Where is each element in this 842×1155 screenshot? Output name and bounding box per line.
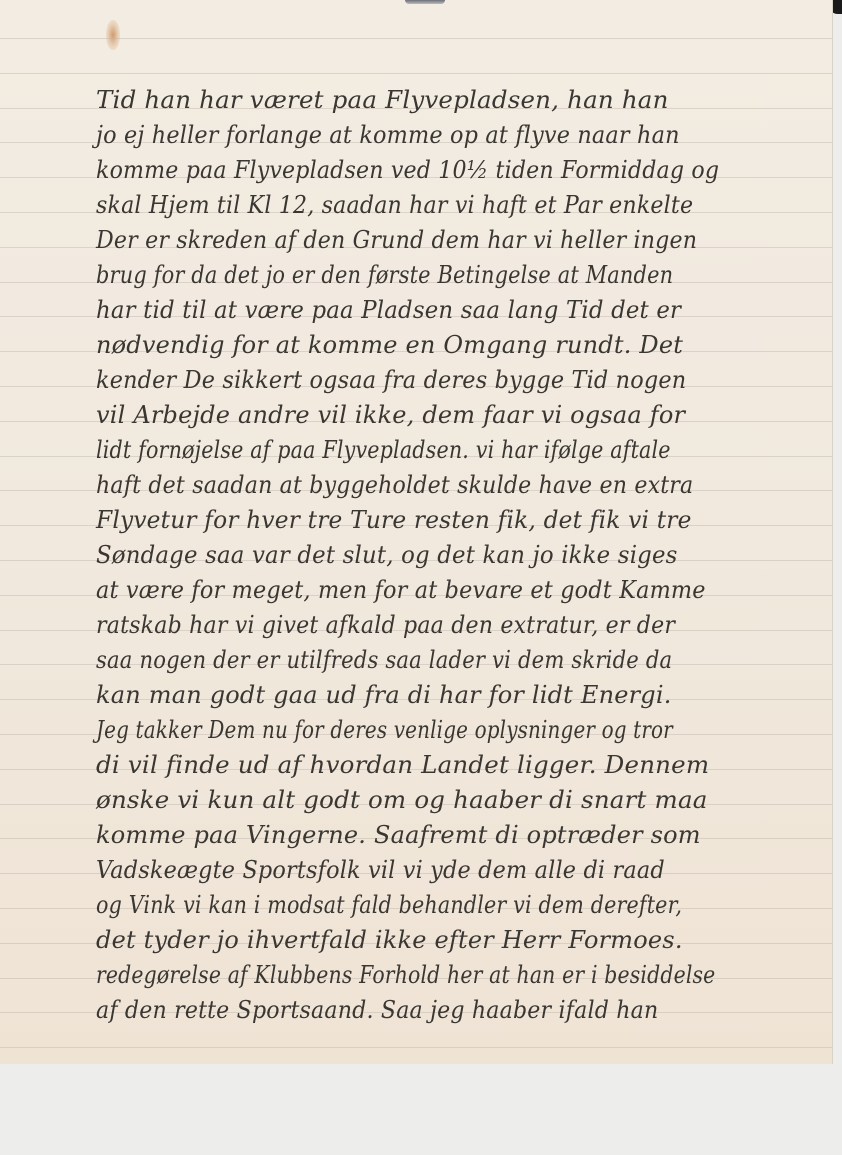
text-line: ratskab har vi givet afkald paa den extr… — [96, 613, 675, 637]
text-line: kan man godt gaa ud fra di har for lidt … — [96, 683, 672, 707]
text-line: lidt fornøjelse af paa Flyvepladsen. vi … — [96, 438, 671, 462]
text-line: haft det saadan at byggeholdet skulde ha… — [96, 473, 693, 497]
ruled-line — [0, 38, 832, 39]
text-line: komme paa Vingerne. Saafremt di optræder… — [96, 823, 701, 847]
text-line: af den rette Sportsaand. Saa jeg haaber … — [96, 998, 658, 1022]
text-line: saa nogen der er utilfreds saa lader vi … — [96, 648, 672, 672]
text-line: Der er skreden af den Grund dem har vi h… — [96, 228, 697, 252]
text-line: jo ej heller forlange at komme op at fly… — [96, 123, 680, 147]
text-line: skal Hjem til Kl 12, saadan har vi haft … — [96, 193, 693, 217]
text-line: det tyder jo ihvertfald ikke efter Herr … — [96, 928, 683, 952]
text-line: brug for da det jo er den første Betinge… — [96, 263, 673, 287]
text-line: komme paa Flyvepladsen ved 10½ tiden For… — [96, 158, 719, 182]
text-line: Søndage saa var det slut, og det kan jo … — [96, 543, 678, 567]
text-line: og Vink vi kan i modsat fald behandler v… — [96, 893, 682, 917]
rust-stain — [106, 20, 120, 50]
text-line: at være for meget, men for at bevare et … — [96, 578, 706, 602]
text-line: Flyvetur for hver tre Ture resten fik, d… — [96, 508, 692, 532]
ruled-line — [0, 1047, 832, 1048]
text-line: di vil finde ud af hvordan Landet ligger… — [96, 753, 709, 777]
text-line: Vadskeægte Sportsfolk vil vi yde dem all… — [96, 858, 665, 882]
text-line: kender De sikkert ogsaa fra deres bygge … — [96, 368, 686, 392]
text-line: ønske vi kun alt godt om og haaber di sn… — [96, 788, 708, 812]
letter-page: Tid han har været paa Flyvepladsen, han … — [0, 0, 832, 1064]
text-line: nødvendig for at komme en Omgang rundt. … — [96, 333, 683, 357]
text-line: vil Arbejde andre vil ikke, dem faar vi … — [96, 403, 685, 427]
ruled-line — [0, 73, 832, 74]
text-line: redegørelse af Klubbens Forhold her at h… — [96, 963, 715, 987]
text-line: har tid til at være paa Pladsen saa lang… — [96, 298, 681, 322]
text-line: Tid han har været paa Flyvepladsen, han … — [96, 88, 669, 112]
paper-clip-mark — [405, 0, 445, 4]
text-line: Jeg takker Dem nu for deres venlige oply… — [96, 718, 673, 742]
